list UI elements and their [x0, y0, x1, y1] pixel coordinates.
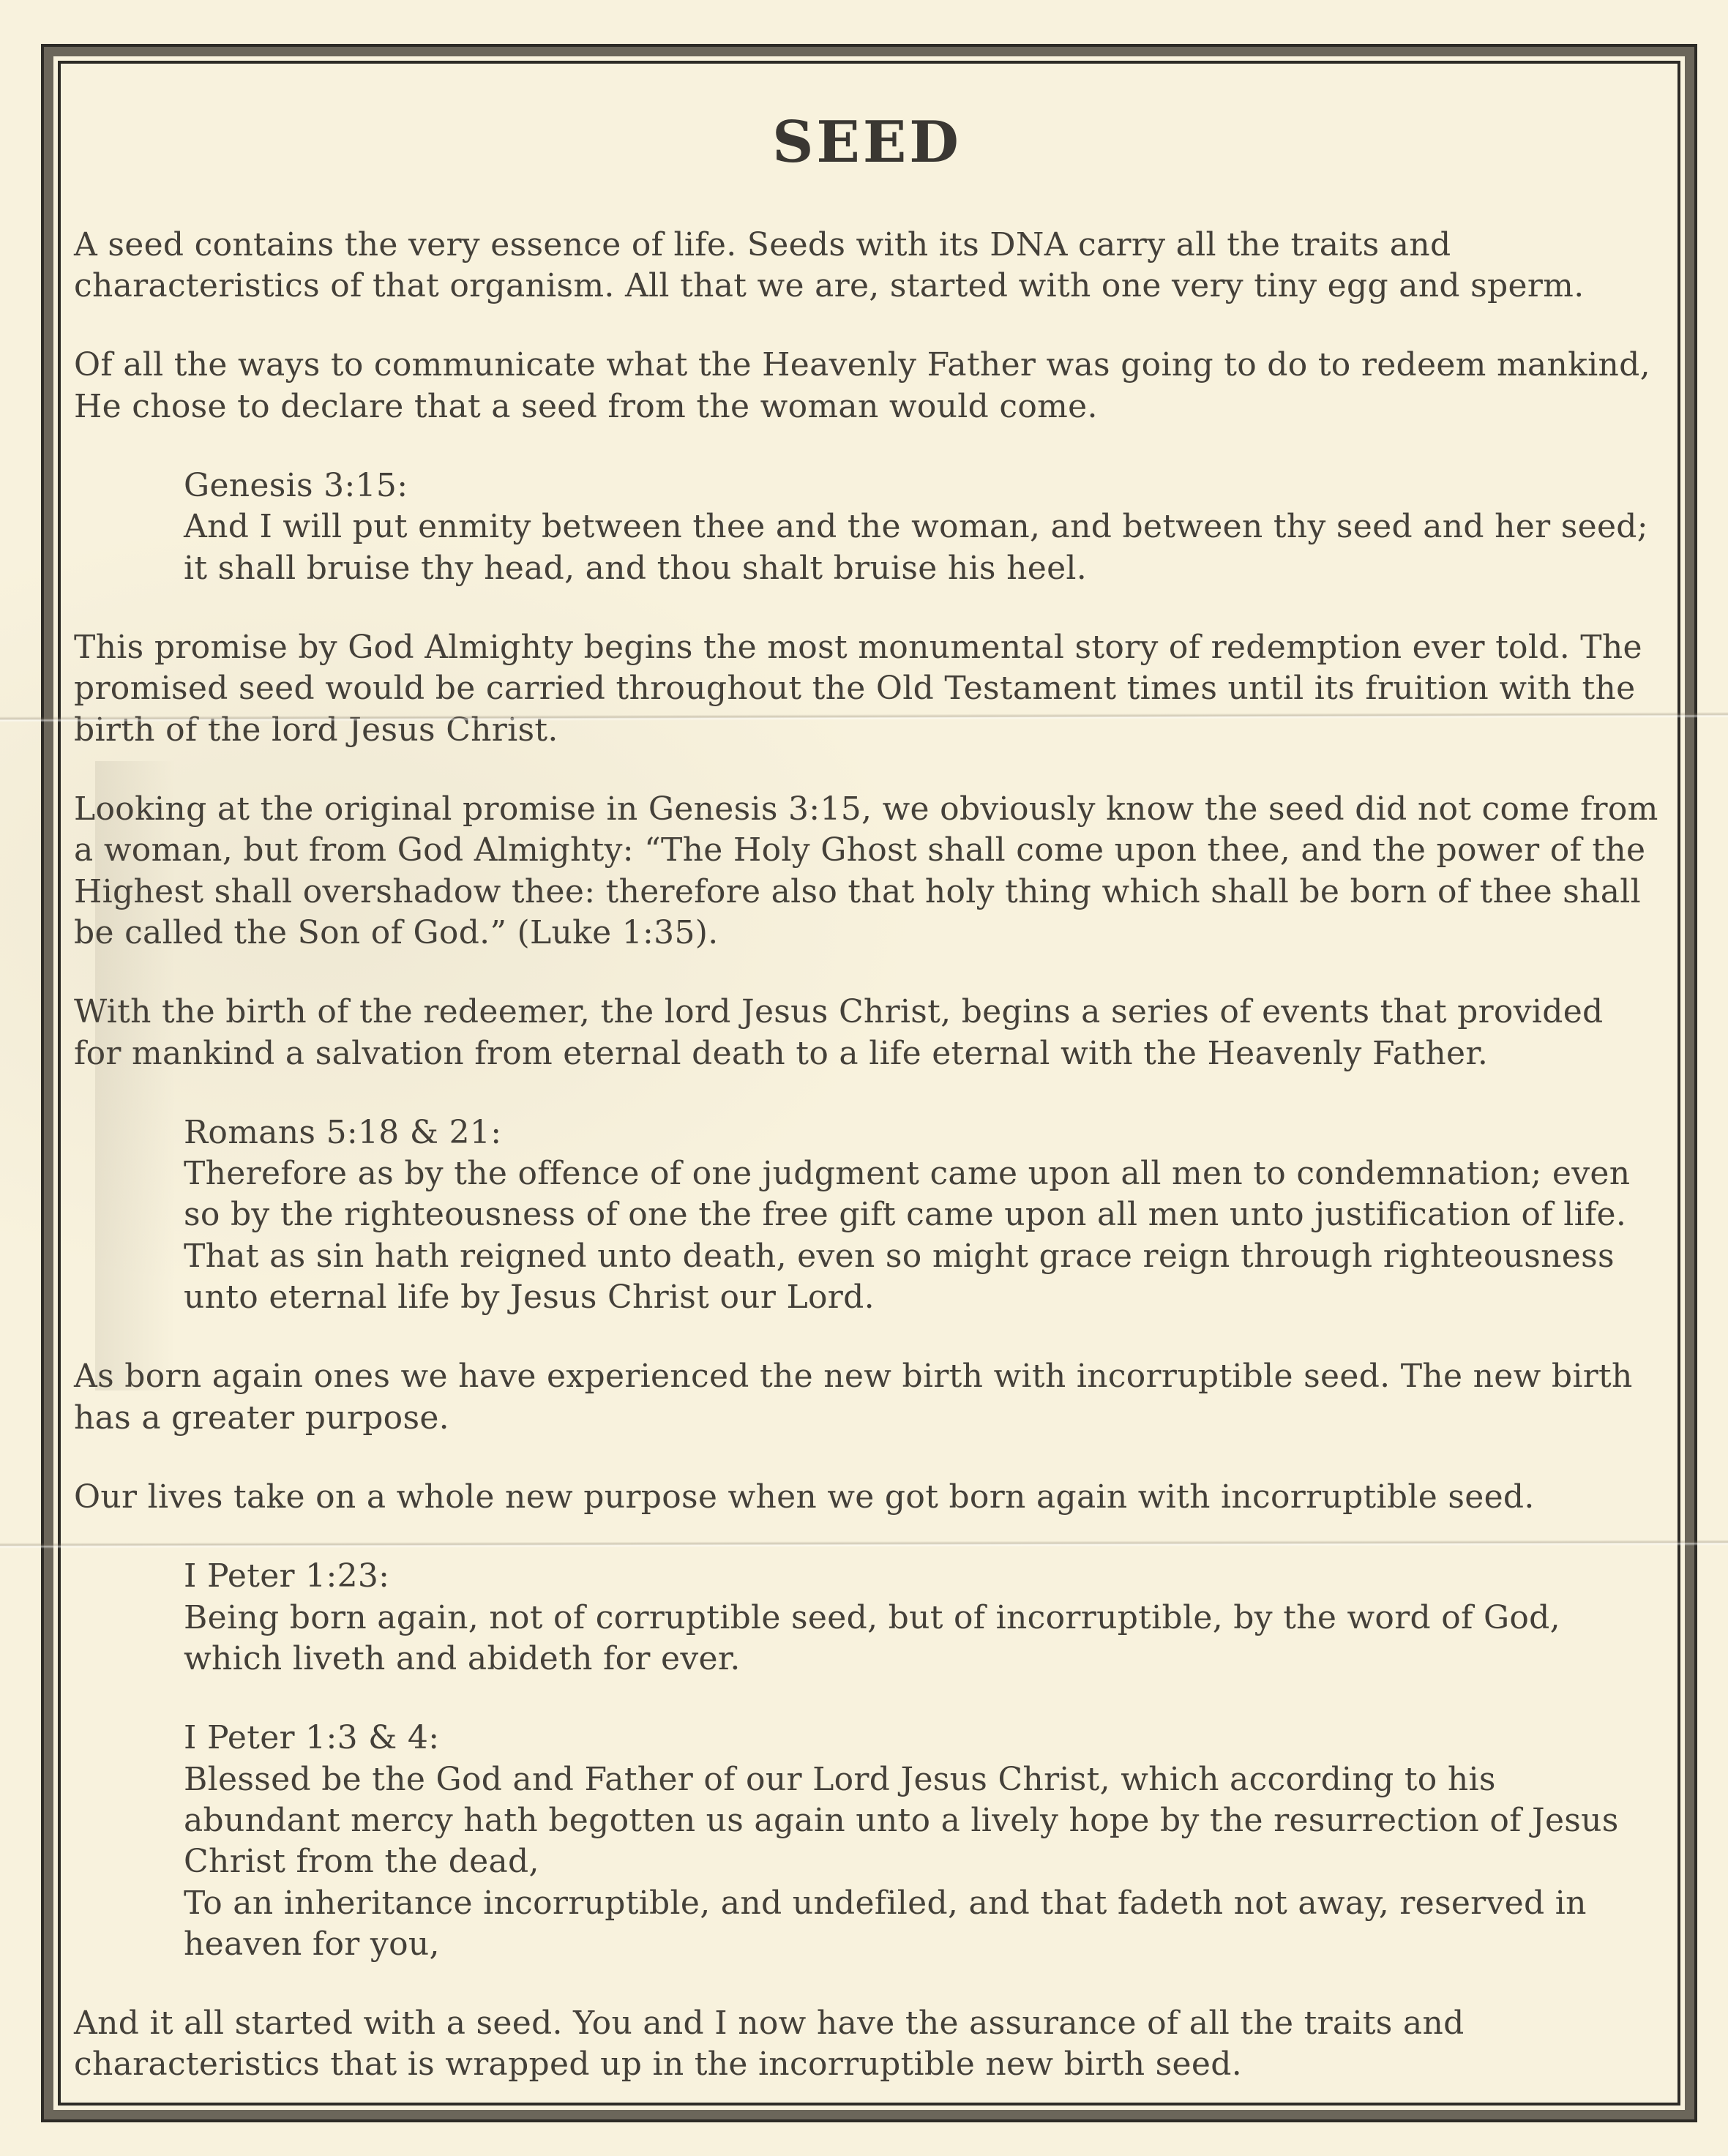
paragraph-born-again-ones: As born again ones we have experienced t…	[74, 1356, 1660, 1439]
border-inner-line: SEED A seed contains the very essence of…	[58, 61, 1680, 2106]
scripture-text: That as sin hath reigned unto death, eve…	[184, 1236, 1660, 1319]
scripture-text: Therefore as by the offence of one judgm…	[184, 1153, 1660, 1236]
decorative-border-frame: SEED A seed contains the very essence of…	[41, 44, 1697, 2122]
paragraph-our-lives-purpose: Our lives take on a whole new purpose wh…	[74, 1477, 1660, 1518]
scripture-reference: Genesis 3:15:	[184, 465, 1660, 506]
paragraph-ways-to-communicate: Of all the ways to communicate what the …	[74, 345, 1660, 427]
scripture-text: To an inheritance incorruptible, and und…	[184, 1883, 1660, 1966]
scripture-quote-romans-5-18-21: Romans 5:18 & 21: Therefore as by the of…	[184, 1112, 1660, 1319]
scripture-quote-1-peter-1-23: I Peter 1:23: Being born again, not of c…	[184, 1556, 1660, 1680]
document-body: SEED A seed contains the very essence of…	[61, 64, 1677, 2086]
scripture-text: And I will put enmity between thee and t…	[184, 506, 1660, 589]
paragraph-promise-by-god: This promise by God Almighty begins the …	[74, 627, 1660, 751]
paragraph-intro-seed: A seed contains the very essence of life…	[74, 225, 1660, 307]
scanned-document-page: SEED A seed contains the very essence of…	[0, 0, 1728, 2156]
border-inner-gap: SEED A seed contains the very essence of…	[53, 56, 1685, 2110]
border-gray-band: SEED A seed contains the very essence of…	[44, 47, 1694, 2119]
scripture-text: Being born again, not of corruptible see…	[184, 1598, 1660, 1680]
scripture-quote-1-peter-1-3-4: I Peter 1:3 & 4: Blessed be the God and …	[184, 1718, 1660, 1965]
page-title: SEED	[74, 106, 1660, 179]
paragraph-closing-started-with-seed: And it all started with a seed. You and …	[74, 2003, 1660, 2086]
scripture-quote-genesis-3-15: Genesis 3:15: And I will put enmity betw…	[184, 465, 1660, 589]
scripture-reference: Romans 5:18 & 21:	[184, 1112, 1660, 1153]
paragraph-birth-of-redeemer: With the birth of the redeemer, the lord…	[74, 992, 1660, 1074]
scripture-reference: I Peter 1:3 & 4:	[184, 1718, 1660, 1759]
scripture-reference: I Peter 1:23:	[184, 1556, 1660, 1597]
scripture-text: Blessed be the God and Father of our Lor…	[184, 1759, 1660, 1883]
paragraph-looking-at-promise: Looking at the original promise in Genes…	[74, 789, 1660, 954]
